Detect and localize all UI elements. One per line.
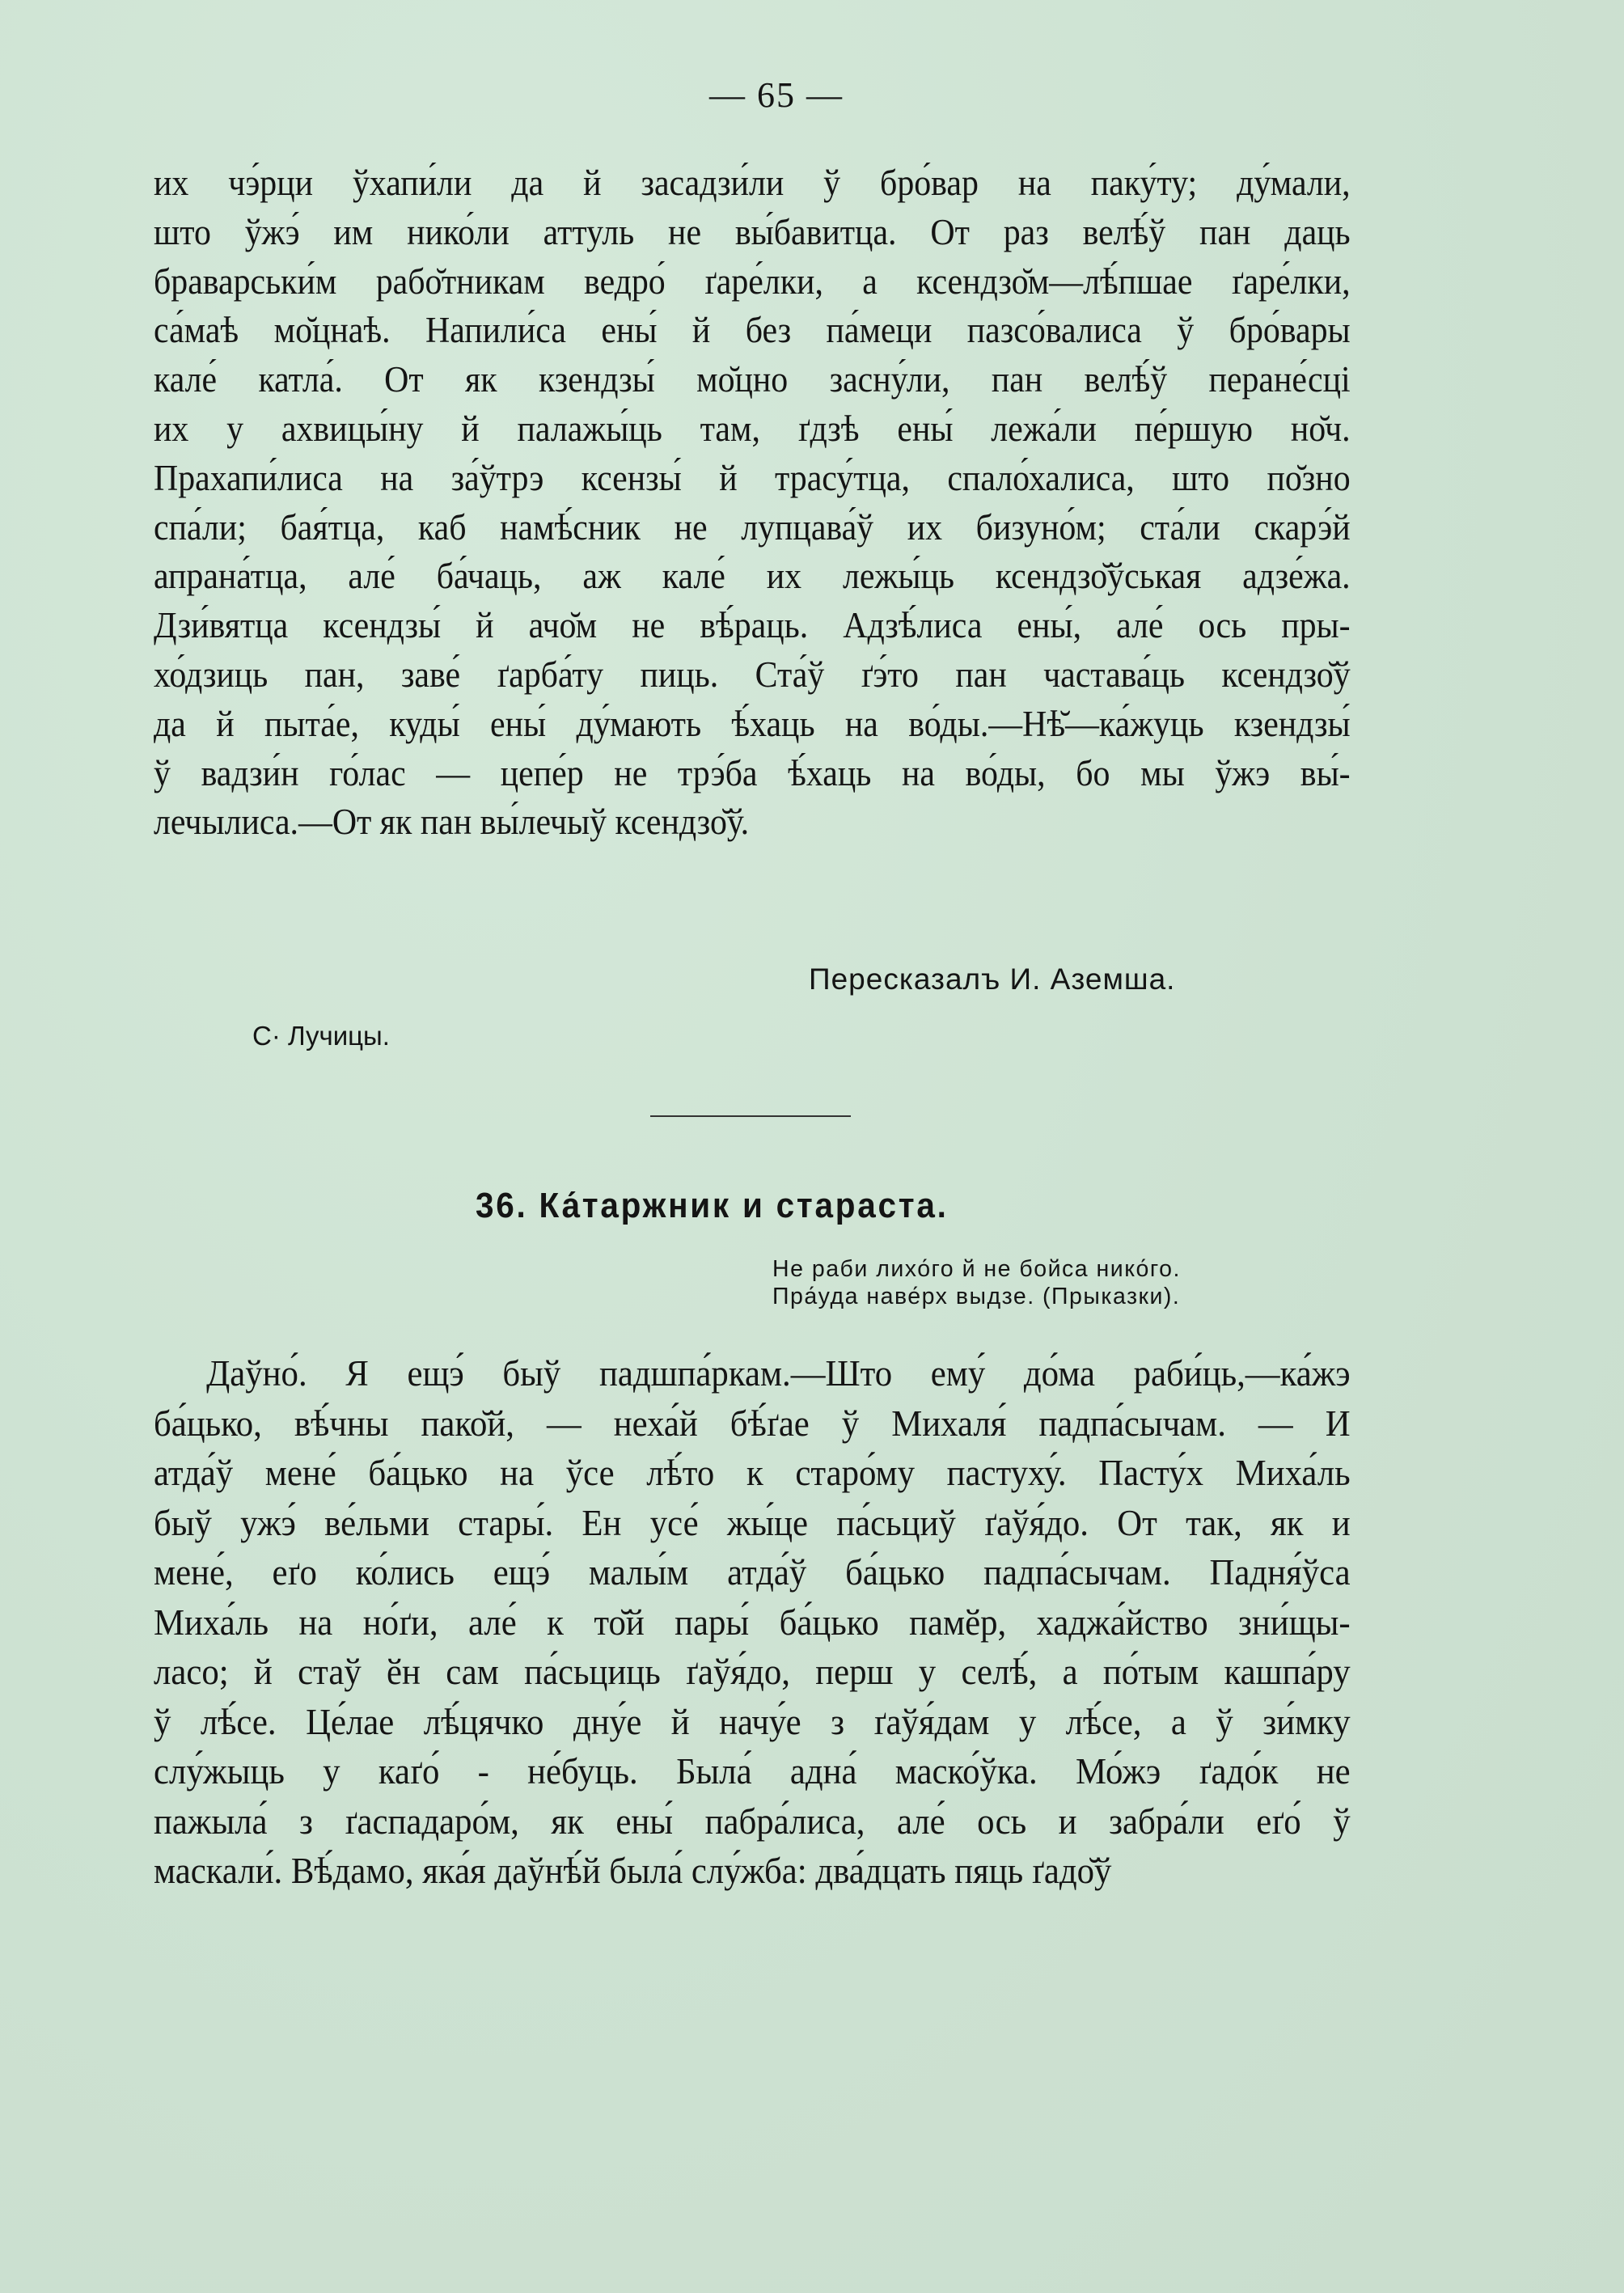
epigraph: Не раби лихо́го й не бойса нико́го. Пра́…	[772, 1255, 1181, 1310]
text-line: их у ахвицы́ну й палажы́ць там, ґдзѣ ены…	[154, 404, 1351, 454]
text-line: Даўно́. Я ещэ́ быў падшпа́ркам.—Што ему́…	[154, 1349, 1351, 1399]
place-of-recording: С· Лучицы.	[252, 1021, 390, 1051]
text-line: маскали́. Вѣ́дамо, яка́я даўнѣ́й была́ с…	[154, 1847, 1351, 1897]
text-line: атда́ў мене́ ба́цько на ўсе лѣ́то к стар…	[154, 1449, 1351, 1499]
text-line: Дзи́вятца ксендзы́ й ачо̆м не вѣ́раць. А…	[154, 601, 1351, 650]
text-line: ба́цько, вѣ́чны пако̆й, — неха́й бѣ́ґае …	[154, 1399, 1351, 1449]
story-title: 36. Ка́таржник и стараста.	[476, 1186, 949, 1226]
text-line: спа́ли; бая́тца, каб намѣ́сник не лупцав…	[154, 503, 1351, 552]
text-line: апрана́тца, але́ ба́чаць, аж кале́ их ле…	[154, 552, 1351, 601]
text-line: Миха́ль на но́ґи, але́ к то̆й пары́ ба́ц…	[154, 1598, 1351, 1648]
epigraph-line: Не раби лихо́го й не бойса нико́го.	[772, 1255, 1181, 1283]
text-line: их чэ́рци ўхапи́ли да й засадзи́ли ў бро…	[154, 159, 1351, 208]
text-line: быў ужэ́ ве́льми стары́. Ен усе́ жы́це п…	[154, 1499, 1351, 1549]
text-line: Прахапи́лиса на за́ўтрэ ксензы́ й трасу́…	[154, 454, 1351, 503]
text-line: браварськи́м рабо̆тникам ведро́ ґаре́лки…	[154, 257, 1351, 307]
previous-story-text: их чэ́рци ўхапи́ли да й засадзи́ли ў бро…	[154, 159, 1351, 847]
text-line: ў лѣ́се. Це́лае лѣ́цячко дну́е й начу́е …	[154, 1698, 1351, 1748]
section-divider	[650, 1115, 851, 1117]
text-line: ласо; й стаў ӗн сам па́сьциць ґаўя́до, п…	[154, 1648, 1351, 1698]
text-line: слу́жыць у каґо́ - не́буць. Была́ адна́ …	[154, 1747, 1351, 1797]
text-line: да й пыта́е, куды́ ены́ ду́мають ѣ́хаць …	[154, 700, 1351, 749]
text-line: што ўжэ́ им нико́ли аттуль не вы́бавитца…	[154, 208, 1351, 257]
text-line: пажыла́ з ґаспадаро́м, як ены́ пабра́лис…	[154, 1797, 1351, 1847]
page-number: — 65 —	[0, 74, 1553, 116]
text-line: хо́дзиць пан, заве́ ґарба́ту пиць. Ста́ў…	[154, 650, 1351, 700]
text-line: са́маѣ мо̆цнаѣ. Напили́са ены́ й без па́…	[154, 306, 1351, 355]
retold-by-signature: Пересказалъ И. Аземша.	[809, 962, 1175, 996]
epigraph-line: Пра́уда наве́рх выдзе. (Прыказки).	[772, 1283, 1181, 1310]
story-text: Даўно́. Я ещэ́ быў падшпа́ркам.—Што ему́…	[154, 1349, 1351, 1897]
text-line: кале́ катла́. От як кзендзы́ мо̆цно засн…	[154, 355, 1351, 404]
text-line: лечылиса.—От як пан вы́лечыў ксендзо̆ў.	[154, 797, 1351, 847]
text-line: ў вадзи́н го́лас — цепе́р не трэ́ба ѣ́ха…	[154, 749, 1351, 798]
text-line: мене́, еґо ко́лись ещэ́ малы́м атда́ў ба…	[154, 1548, 1351, 1598]
